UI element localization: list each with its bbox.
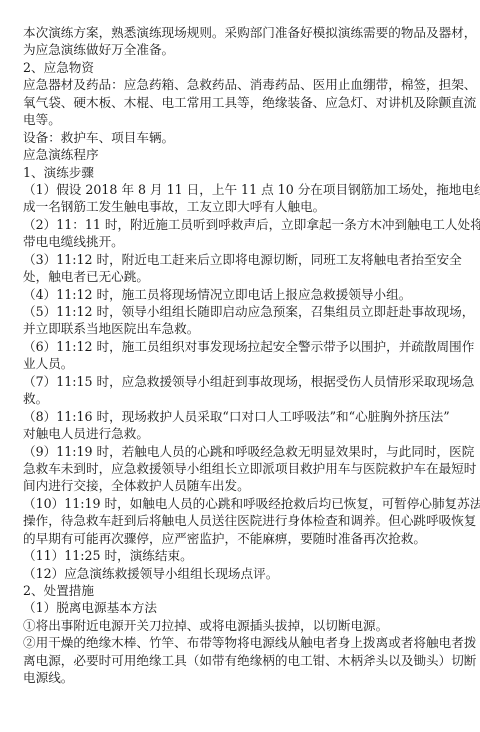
measure-line: ②用干燥的绝缘木棒、竹竿、布带等物将电源线从触电者身上拨离或者将触电者拨 <box>23 634 443 651</box>
section-heading: 1、演练步骤 <box>23 164 443 181</box>
step-line: 间内进行交接，全体救护人员随车出发。 <box>23 477 443 494</box>
paragraph-line: 设备：救护车、项目车辆。 <box>23 129 443 146</box>
step-line: 并立即联系当地医院出车急救。 <box>23 320 443 337</box>
paragraph-line: 电等。 <box>23 111 443 128</box>
step-line: （6）11:12 时，施工员组织对事发现场拉起安全警示带予以围护，并疏散周围作 <box>23 338 443 355</box>
step-line: （2）11：11 时，附近施工员听到呼救声后，立即拿起一条方木冲到触电工人处将 <box>23 216 443 233</box>
section-heading: 应急演练程序 <box>23 146 443 163</box>
step-line: （7）11:15 时，应急救援领导小组赶到事故现场，根据受伤人员情形采取现场急 <box>23 373 443 390</box>
step-line: （8）11:16 时，现场救护人员采取“口对口人工呼吸法”和“心脏胸外挤压法” <box>23 408 443 425</box>
subsection-heading: （1）脱离电源基本方法 <box>23 599 443 616</box>
step-line: （4）11:12 时，施工员将现场情况立即电话上报应急救援领导小组。 <box>23 286 443 303</box>
step-line: 操作，待急救车赶到后将触电人员送往医院进行身体检查和调养。但心跳呼吸恢复 <box>23 512 443 529</box>
document-page: 本次演练方案，熟悉演练现场规则。采购部门准备好模拟演练需要的物品及器材， 为应急… <box>23 24 443 687</box>
paragraph-line: 为应急演练做好万全准备。 <box>23 41 443 58</box>
measure-line: 离电源，必要时可用绝缘工具（如带有绝缘柄的电工钳、木柄斧头以及锄头）切断 <box>23 652 443 669</box>
step-line: （5）11:12 时，领导小组组长随即启动应急预案，召集组员立即赶赴事故现场， <box>23 303 443 320</box>
step-line: 处，触电者已无心跳。 <box>23 268 443 285</box>
step-line: 业人员。 <box>23 355 443 372</box>
step-line: 的早期有可能再次骤停，应严密监护，不能麻痹，要随时准备再次抢救。 <box>23 530 443 547</box>
step-line: （3）11:12 时，附近电工赶来后立即将电源切断，同班工友将触电者抬至安全 <box>23 251 443 268</box>
step-line: 急救车未到时，应急救援领导小组组长立即派项目救护用车与医院救护车在最短时 <box>23 460 443 477</box>
measure-line: ①将出事附近电源开关刀拉掉、或将电源插头拔掉，以切断电源。 <box>23 617 443 634</box>
paragraph-line: 氧气袋、硬木板、木棍、电工常用工具等，绝缘装备、应急灯、对讲机及除颤直流 <box>23 94 443 111</box>
step-line: （10）11:19 时，如触电人员的心跳和呼吸经抢救后均已恢复，可暂停心肺复苏法 <box>23 495 443 512</box>
paragraph-line: 本次演练方案，熟悉演练现场规则。采购部门准备好模拟演练需要的物品及器材， <box>23 24 443 41</box>
step-line: 对触电人员进行急救。 <box>23 425 443 442</box>
step-line: 成一名钢筋工发生触电事故，工友立即大呼有人触电。 <box>23 198 443 215</box>
step-line: 救。 <box>23 390 443 407</box>
step-line: （1）假设 2018 年 8 月 11 日，上午 11 点 10 分在项目钢筋加… <box>23 181 443 198</box>
step-line: （11）11:25 时，演练结束。 <box>23 547 443 564</box>
paragraph-line: 应急器材及药品：应急药箱、急救药品、消毒药品、医用止血绷带，棉签，担架、 <box>23 76 443 93</box>
step-line: （12）应急演练救援领导小组组长现场点评。 <box>23 565 443 582</box>
step-line: （9）11:19 时，若触电人员的心跳和呼吸经急救无明显效果时，与此同时，医院 <box>23 443 443 460</box>
section-heading: 2、应急物资 <box>23 59 443 76</box>
section-heading: 2、处置措施 <box>23 582 443 599</box>
step-line: 带电电缆线挑开。 <box>23 233 443 250</box>
measure-line: 电源线。 <box>23 669 443 686</box>
